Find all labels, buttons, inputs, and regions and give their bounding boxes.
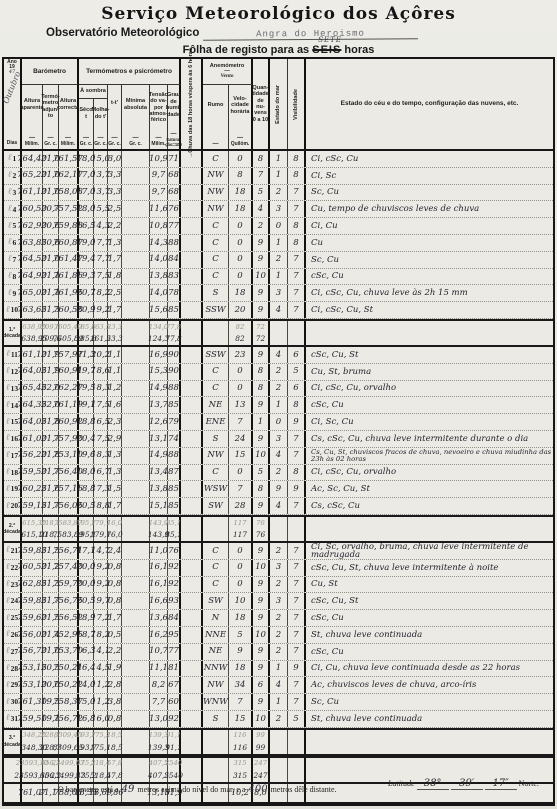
latitude-minutes: 39′ (451, 778, 483, 790)
cell-estado-ceu: St, chuva leve continuada (306, 627, 553, 643)
unit-saturation: —Satura­ção=100 (165, 132, 182, 149)
cell-tensao-vapor: 9,7 (150, 185, 168, 201)
cell-rumo: C (203, 235, 229, 251)
table-row: ℓ26756,0021,4752,9518,718,20,516,295NNE5… (4, 627, 553, 644)
cell-visibilidade: 7 (288, 560, 306, 576)
cell-velocidade: 18 (229, 185, 253, 201)
cell-estado-mar (270, 321, 288, 333)
table-row: ℓ10763,6521,3760,5820,919,21,715,685SSW2… (4, 302, 553, 319)
cell-nuvens: 9 (253, 644, 270, 660)
cell-visibilidade: 7 (288, 269, 306, 285)
margin-flourish: ℓ (6, 367, 10, 376)
cell-estado-ceu (306, 517, 553, 529)
table-row: ℓ13765,4522,0762,2719,518,31,214,988C082… (4, 381, 553, 398)
cell-rumo (203, 529, 229, 541)
cell-grau-humidade: 78 (168, 285, 181, 301)
cell-estado-mar (270, 529, 288, 541)
cell-rumo: NE (203, 397, 229, 413)
cell-chuva (181, 414, 203, 430)
cell-molhado: 19,7 (94, 593, 108, 609)
cell-molhado: 14,5 (94, 661, 108, 677)
margin-flourish: ℓ (6, 350, 10, 359)
cell-rumo: C (203, 577, 229, 593)
cell-altura-aparente: 761,10 (22, 185, 43, 201)
cell-grau-humidade: 71 (168, 151, 181, 167)
cell-altura-aparente: 761,10 (22, 347, 43, 363)
cell-grau-humidade: 79 (168, 414, 181, 430)
cell-chuva (181, 644, 203, 660)
table-row: ℓ15764,0521,8760,9218,816,52,312,679ENE7… (4, 414, 553, 431)
cell-estado-mar: 2 (270, 465, 288, 481)
margin-flourish: ℓ (6, 451, 10, 460)
table-row: ℓ2765,2021,0762,1717,013,73,39,768NW8718… (4, 168, 553, 185)
summary-row: 23593,30656,223499,03575,2518,457,8407,5… (4, 758, 553, 770)
margin-flourish: ℓ (6, 306, 10, 315)
cell-altura-aparente: 764,05 (22, 364, 43, 380)
cell-velocidade: 7 (229, 694, 253, 710)
cell-chuva (181, 711, 203, 727)
unit-gr: —Gr. c. (44, 136, 57, 149)
cell-minima (122, 201, 150, 217)
cell-rumo: WNW (203, 694, 229, 710)
table-row: ℓ18759,5021,7756,4018,016,71,313,487C052… (4, 465, 553, 482)
margin-flourish: ℓ (8, 154, 12, 163)
cell-molhado: 18,3 (94, 448, 108, 464)
observatory-line: Observatório MeteorológicoAngra do Heroi… (46, 27, 418, 40)
cell-velocidade: 18 (229, 201, 253, 217)
unit-mm: —Milím. (61, 136, 75, 149)
cell-tensao-vapor: 14,9 (150, 448, 168, 464)
anemometer-group-header: Anemómetro — Vento (203, 59, 253, 85)
cell-rumo: C (203, 381, 229, 397)
cell-velocidade: 315 (229, 770, 253, 782)
cell-chuva (181, 201, 203, 217)
cell-tensao-vapor: 16,1 (150, 560, 168, 576)
margin-flourish: ℓ (6, 614, 10, 623)
table-row: ℓ14764,3522,0761,1919,117,51,613,785NE13… (4, 397, 553, 414)
cell-nuvens: 9 (253, 235, 270, 251)
cell-tensao-vapor: 13,1 (150, 431, 168, 447)
cell-velocidade: 15 (229, 448, 253, 464)
cell-nuvens: 9 (253, 543, 270, 559)
table-body: ℓ1764,4021,0761,5718,015,03,010,971C0818… (4, 151, 553, 804)
table-row: ℓ21759,8521,5756,7117,114,72,411,076C092… (4, 543, 553, 560)
margin-flourish: ℓ (6, 681, 10, 690)
cell-rumo: C (203, 364, 229, 380)
cell-tensao-vapor: 11,6 (150, 201, 168, 217)
table-row: ℓ23762,8521,3759,7020,019,20,816,192C092… (4, 577, 553, 594)
margin-flourish: ℓ (6, 664, 10, 673)
cell-visibilidade (288, 517, 306, 529)
cell-minima (122, 677, 150, 693)
cell-estado-mar: 2 (270, 252, 288, 268)
latitude-label: Latitude (388, 779, 415, 788)
cell-estado-ceu: Sc, Cu (306, 694, 553, 710)
cell-estado-mar: 2 (270, 381, 288, 397)
cell-rumo: S (203, 711, 229, 727)
cell-chuva (181, 498, 203, 514)
cell-altura-aparente: 764,40 (22, 151, 43, 167)
cell-grau-humidade: 84 (168, 610, 181, 626)
cell-visibilidade: 8 (288, 397, 306, 413)
cell-chuva (181, 431, 203, 447)
cell-nuvens: 9 (253, 252, 270, 268)
cell-estado-mar: 1 (270, 235, 288, 251)
margin-flourish: ℓ (6, 468, 10, 477)
cell-visibilidade: 7 (288, 694, 306, 710)
cell-tensao-vapor: 15,6 (150, 302, 168, 318)
margin-flourish: ℓ (6, 384, 10, 393)
wet-bulb-header: Molha­do t′ —Gr. c. (94, 99, 108, 149)
cell-estado-mar: 1 (270, 661, 288, 677)
cell-velocidade: 8 (229, 168, 253, 184)
cell-estado-ceu: cSc, Cu (306, 397, 553, 413)
cell-altura-aparente: 761,00 (22, 431, 43, 447)
cell-t-minus-t: 0,8 (108, 593, 122, 609)
cell-minima (122, 448, 150, 464)
cell-nuvens: 8 (253, 151, 270, 167)
cell-chuva (181, 770, 203, 782)
cell-grau-humidade: 91,1 (168, 742, 181, 754)
cell-t-minus-t: 57,8 (108, 770, 122, 782)
cell-minima (122, 364, 150, 380)
cell-estado-ceu: Cu (306, 235, 553, 251)
cell-minima (122, 610, 150, 626)
unit-gr: —Gr. c. (94, 136, 107, 149)
cell-t-minus-t: 1,7 (108, 498, 122, 514)
cell-minima (122, 730, 150, 742)
cell-molhado: 18,2 (94, 627, 108, 643)
cell-t-minus-t: 2,9 (108, 431, 122, 447)
cell-chuva (181, 285, 203, 301)
cell-nuvens: 9 (253, 397, 270, 413)
hour-correction: SETE (318, 36, 342, 44)
cell-t-minus-t: 3,8 (108, 694, 122, 710)
cell-estado-ceu (306, 529, 553, 541)
cell-rumo: C (203, 465, 229, 481)
cell-estado-mar: 3 (270, 285, 288, 301)
cell-grau-humidade: 68 (168, 185, 181, 201)
cell-estado-mar: 3 (270, 593, 288, 609)
cell-velocidade: 5 (229, 627, 253, 643)
cell-grau-humidade: 91,1 (168, 730, 181, 742)
cell-t-minus-t: 16,0 (108, 529, 122, 541)
unit-km: —Quilóm. (231, 136, 250, 149)
cell-visibilidade: 9 (288, 414, 306, 430)
cell-chuva (181, 465, 203, 481)
cell-altura-aparente: 765,45 (22, 381, 43, 397)
cell-visibilidade: 7 (288, 252, 306, 268)
cell-rumo: ENE (203, 414, 229, 430)
attached-thermometer-header: Termó­metro adjun­to —Gr. c. (43, 85, 59, 149)
arrow-up-icon: ↑ (190, 153, 193, 160)
cell-molhado: 17,5 (94, 397, 108, 413)
cell-estado-mar: 0 (270, 414, 288, 430)
cell-minima (122, 397, 150, 413)
cell-nuvens: 10 (253, 448, 270, 464)
cell-estado-ceu: Ci, cSc, Cu, chuva leve às 2h 15 mm (306, 285, 553, 301)
cell-t-minus-t: 23,3 (108, 321, 122, 333)
cell-visibilidade: 7 (288, 610, 306, 626)
cell-nuvens: 10 (253, 560, 270, 576)
cell-estado-ceu: Ci, cSc, Cu (306, 151, 553, 167)
cell-velocidade: 0 (229, 269, 253, 285)
t-difference-header: t-t′ —Gr. c. (108, 85, 122, 149)
cell-molhado: 16,5 (94, 414, 108, 430)
sky-state-header: Estado do céu e do tempo, configuração d… (306, 59, 553, 149)
cell-grau-humidade: 85,1 (168, 517, 181, 529)
cell-chuva (181, 742, 203, 754)
cell-chuva (181, 730, 203, 742)
cell-visibilidade: 8 (288, 465, 306, 481)
cell-minima (122, 269, 150, 285)
table-row: ℓ9765,0021,1761,9520,718,22,514,078S1893… (4, 285, 553, 302)
cell-grau-humidade: 88 (168, 235, 181, 251)
cell-tensao-vapor: 14,9 (150, 381, 168, 397)
cell-velocidade: 28 (229, 498, 253, 514)
sheet-prefix: Fôlha de registo para as (183, 44, 310, 56)
decade-label: 2.ª década (4, 517, 22, 541)
cell-nuvens: 9 (253, 431, 270, 447)
table-row: ℓ30761,3019,5758,3715,011,23,87,760WNW79… (4, 694, 553, 711)
cell-velocidade: 24 (229, 431, 253, 447)
minimum-header: Míni­ma abso­luta —Gr. c. (122, 85, 150, 149)
cell-rumo: S (203, 285, 229, 301)
cell-minima (122, 235, 150, 251)
cell-molhado: 17,5 (94, 431, 108, 447)
cell-tensao-vapor: 16,6 (150, 593, 168, 609)
cell-grau-humidade: 67 (168, 677, 181, 693)
cell-molhado: 163,5 (94, 321, 108, 333)
cell-estado-ceu: cSc, Cu, St, chuva leve intermitente à n… (306, 560, 553, 576)
table-row: ℓ24759,8521,7756,7520,519,70,816,693SW10… (4, 593, 553, 610)
cell-t-minus-t: 0,5 (108, 627, 122, 643)
cell-minima (122, 498, 150, 514)
cell-chuva (181, 364, 203, 380)
cell-chuva (181, 397, 203, 413)
unit-gr: —Gr. c. (80, 136, 93, 149)
cell-estado-mar: 1 (270, 694, 288, 710)
cell-chuva (181, 661, 203, 677)
cell-velocidade: 0 (229, 465, 253, 481)
cell-grau-humidade: 90 (168, 364, 181, 380)
margin-flourish: ℓ (8, 205, 12, 214)
cell-t-minus-t: 3,3 (108, 185, 122, 201)
cell-chuva (181, 577, 203, 593)
cell-minima (122, 644, 150, 660)
table-row: ℓ16761,0021,7757,9020,417,52,913,174S249… (4, 431, 553, 448)
cell-estado-ceu: St, chuva leve continuada (306, 711, 553, 727)
cell-estado-ceu: Ci, Sc (306, 168, 553, 184)
barometer-group-header: Barómetro (22, 59, 79, 85)
cell-estado-ceu (306, 758, 553, 770)
summary-row: 7615,30218,17583,87195,7179,716,0143,985… (4, 517, 553, 529)
cell-estado-ceu: cSc, Cu (306, 644, 553, 660)
humidity-header: Grau de humi­dade —Satura­ção=100 (168, 85, 181, 149)
cell-molhado: 18,3 (94, 381, 108, 397)
cell-chuva (181, 758, 203, 770)
cell-molhado: 11,2 (94, 677, 108, 693)
cell-t-minus-t: 1,7 (108, 302, 122, 318)
cell-tensao-vapor: 16,9 (150, 347, 168, 363)
cell-t-minus-t: 1,2 (108, 381, 122, 397)
cell-estado-mar (270, 730, 288, 742)
margin-flourish: ℓ (6, 563, 10, 572)
cell-grau-humidade: 85 (168, 481, 181, 497)
cell-molhado: 16,0 (94, 711, 108, 727)
cell-estado-mar: 1 (270, 151, 288, 167)
cell-altura-aparente: 759,50 (22, 465, 43, 481)
hour-word-struck: SEISSETE (312, 44, 341, 56)
cell-molhado: 16,7 (94, 465, 108, 481)
cell-altura-aparente: 760,50 (22, 201, 43, 217)
cell-altura-aparente: 763,65 (22, 302, 43, 318)
cell-estado-ceu: Ci, cSc, Cu, orvalho (306, 381, 553, 397)
cell-grau-humidade: 84 (168, 252, 181, 268)
cell-estado-ceu: Ci, Cu, chuva leve continuada desde as 2… (306, 661, 553, 677)
cell-molhado: 20,2 (94, 347, 108, 363)
cell-velocidade: 116 (229, 742, 253, 754)
cell-chuva (181, 677, 203, 693)
cell-nuvens: 10 (253, 627, 270, 643)
observatory-stamp: Angra do Heroismo (203, 28, 418, 41)
cell-visibilidade: 9 (288, 661, 306, 677)
cell-visibilidade: 7 (288, 498, 306, 514)
margin-flourish: ℓ (8, 255, 12, 264)
table-row: ℓ7764,5021,0761,4719,417,71,714,084C0927… (4, 252, 553, 269)
cell-estado-mar: 2 (270, 627, 288, 643)
register-sheet: Serviço Meteorológico dos Açôres Observa… (0, 0, 557, 809)
cell-chuva (181, 517, 203, 529)
margin-flourish: ℓ (6, 485, 10, 494)
cell-altura-aparente: 764,90 (22, 269, 43, 285)
cell-nuvens: 5 (253, 465, 270, 481)
cell-estado-ceu: cSc, Cu (306, 269, 553, 285)
cell-t-minus-t: 1,3 (108, 465, 122, 481)
cell-nuvens: 8 (253, 381, 270, 397)
cell-molhado: 17,5 (94, 269, 108, 285)
cell-molhado: 17,2 (94, 610, 108, 626)
cell-velocidade: 7 (229, 481, 253, 497)
table-row: ℓ27756,7021,0753,7016,314,12,210,777NE99… (4, 644, 553, 661)
cell-estado-mar (270, 333, 288, 345)
register-table: Ano 19 47 Outubro Dias Chuva das 18 hora… (2, 57, 555, 806)
sheet-suffix: horas (344, 44, 374, 56)
cell-velocidade: 7 (229, 414, 253, 430)
cell-t-minus-t: 0,8 (108, 577, 122, 593)
cell-minima (122, 285, 150, 301)
cell-grau-humidade: 85,1 (168, 529, 181, 541)
cell-visibilidade (288, 742, 306, 754)
cell-rumo: SSW (203, 302, 229, 318)
cell-minima (122, 414, 150, 430)
cell-molhado: 17,7 (94, 235, 108, 251)
cell-estado-mar: 2 (270, 185, 288, 201)
cell-estado-ceu: cSc, Cu, St (306, 593, 553, 609)
cell-minima (122, 347, 150, 363)
cell-visibilidade: 7 (288, 285, 306, 301)
cell-tensao-vapor: 10,8 (150, 218, 168, 234)
cell-molhado: 17,7 (94, 252, 108, 268)
cell-minima (122, 168, 150, 184)
cell-molhado: 18,6 (94, 364, 108, 380)
cell-visibilidade (288, 529, 306, 541)
cell-estado-mar: 2 (270, 543, 288, 559)
cell-molhado: 13,7 (94, 168, 108, 184)
cell-estado-ceu: cSc, Cu, St (306, 347, 553, 363)
cell-chuva (181, 302, 203, 318)
shade-group-header: À sombra (79, 85, 108, 99)
cell-velocidade: 10 (229, 593, 253, 609)
cell-t-minus-t: 18,5 (108, 742, 122, 754)
distance-handwritten: 400 (245, 784, 270, 795)
cell-tensao-vapor: 14,0 (150, 252, 168, 268)
cell-velocidade: 20 (229, 302, 253, 318)
cell-chuva (181, 694, 203, 710)
cell-altura-aparente: 762,85 (22, 577, 43, 593)
cell-grau-humidade: 77 (168, 218, 181, 234)
cell-visibilidade (288, 758, 306, 770)
cell-estado-mar (270, 742, 288, 754)
cell-visibilidade: 7 (288, 627, 306, 643)
days-label: Dias (7, 141, 18, 149)
cell-altura-aparente: 763,85 (22, 235, 43, 251)
cell-velocidade: 82 (229, 333, 253, 345)
cell-velocidade: 116 (229, 730, 253, 742)
cell-molhado: 19,2 (94, 577, 108, 593)
cell-minima (122, 381, 150, 397)
cell-rumo: NW (203, 185, 229, 201)
cell-rumo: SSW (203, 347, 229, 363)
table-header: Ano 19 47 Outubro Dias Chuva das 18 hora… (4, 59, 553, 151)
cell-nuvens: 9 (253, 661, 270, 677)
cell-nuvens: 5 (253, 185, 270, 201)
table-row: ℓ17756,2021,8753,1019,618,31,314,988NW15… (4, 448, 553, 465)
cell-t-minus-t: 2,2 (108, 644, 122, 660)
cell-rumo: NW (203, 448, 229, 464)
cell-t-minus-t: 18,5 (108, 730, 122, 742)
cell-altura-aparente: 764,50 (22, 252, 43, 268)
cell-t-minus-t: 1,7 (108, 610, 122, 626)
cell-visibilidade: 6 (288, 381, 306, 397)
cell-visibilidade: 7 (288, 593, 306, 609)
cell-grau-humidade: 87 (168, 465, 181, 481)
cell-velocidade: 315 (229, 758, 253, 770)
cell-molhado: 15,0 (94, 151, 108, 167)
cell-estado-mar: 4 (270, 302, 288, 318)
cell-estado-ceu: Cs, cSc, Cu (306, 498, 553, 514)
cell-minima (122, 577, 150, 593)
summary-row: 7615,10218,17583,89195,1179,716,0143,985… (4, 529, 553, 541)
cell-t-minus-t: 1,9 (108, 661, 122, 677)
cell-t-minus-t: 2,3 (108, 414, 122, 430)
cell-estado-ceu: cSc, Cu (306, 610, 553, 626)
barometer-altitude-note: O barómetro está a49metros acima do níve… (58, 784, 337, 795)
cell-molhado: 518,4 (94, 758, 108, 770)
cell-velocidade: 23 (229, 347, 253, 363)
cell-estado-mar: 4 (270, 347, 288, 363)
cell-molhado: 13,7 (94, 185, 108, 201)
table-row: ℓ5762,9020,6759,8816,514,32,210,877C0208… (4, 218, 553, 235)
cell-rumo (203, 517, 229, 529)
cell-grau-humidade: 92 (168, 577, 181, 593)
cell-chuva (181, 381, 203, 397)
cell-minima (122, 560, 150, 576)
cell-visibilidade: 7 (288, 185, 306, 201)
table-row: ℓ3761,1021,0758,0817,013,73,39,768NW1852… (4, 185, 553, 202)
cell-t-minus-t: 1,3 (108, 448, 122, 464)
cell-grau-humidade: 60 (168, 694, 181, 710)
